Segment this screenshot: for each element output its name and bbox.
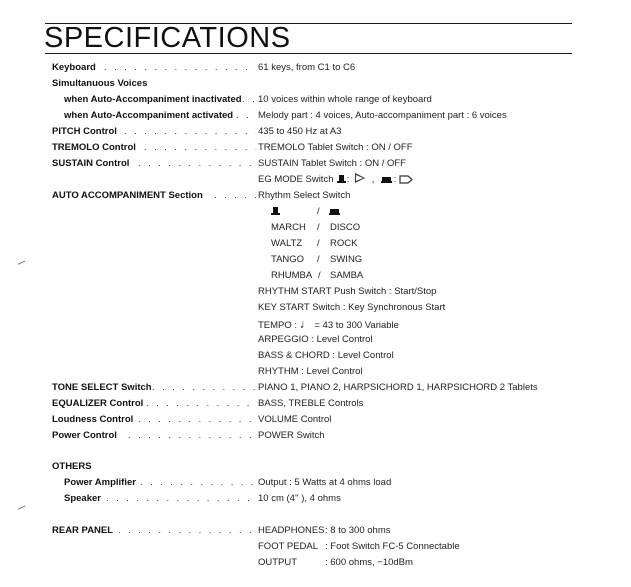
spec-row-foot-pedal: FOOT PEDAL : Foot Switch FC-5 Connectabl…: [0, 539, 631, 555]
spec-value: PIANO 1, PIANO 2, HARPSICHORD 1, HARPSIC…: [258, 380, 538, 396]
spec-value: Output : 5 Watts at 4 ohms load: [258, 475, 391, 491]
separator: ,: [372, 174, 375, 185]
spec-label: Power Control: [52, 428, 117, 444]
rhythm-name: SAMBA: [330, 268, 363, 284]
spec-value: 10 voices within whole range of keyboard: [258, 92, 432, 108]
separator: :: [394, 174, 397, 185]
leader-dots: . . . . . . . . . . . . . . . . . . . . …: [124, 124, 256, 140]
leader-dots: . . . . . . . . . . . . . . . . . . . . …: [138, 412, 256, 428]
spec-label: TONE SELECT Switch: [52, 380, 152, 396]
spec-value: BASS & CHORD : Level Control: [258, 348, 394, 364]
rhythm-switch-positions: /: [0, 204, 631, 220]
spec-value: SUSTAIN Tablet Switch : ON / OFF: [258, 156, 406, 172]
spec-label: when Auto-Accompaniment activated: [64, 108, 233, 124]
rhythm-name: DISCO: [330, 220, 360, 236]
rhythm-pair: MARCH / DISCO: [0, 220, 631, 236]
spec-label: Power Amplifier: [64, 475, 136, 491]
spec-row-voices-activated: when Auto-Accompaniment activated . . . …: [0, 108, 631, 124]
rhythm-pair: WALTZ / ROCK: [0, 236, 631, 252]
spec-value: KEY START Switch : Key Synchronous Start: [258, 300, 445, 316]
spec-value: VOLUME Control: [258, 412, 331, 428]
leader-dots: . . . . . . . . . . . . . . . . . . . . …: [144, 140, 256, 156]
separator: /: [317, 236, 320, 252]
spec-row-loudness: Loudness Control . . . . . . . . . . . .…: [0, 412, 631, 428]
spec-row-keyboard: Keyboard . . . . . . . . . . . . . . . .…: [0, 60, 631, 76]
leader-dots: . . . . . . . . . . . . . . . . . . . . …: [138, 156, 256, 172]
spec-row-tone-select: TONE SELECT Switch . . . . . . . . . . .…: [0, 380, 631, 396]
spec-row-power-amplifier: Power Amplifier . . . . . . . . . . . . …: [0, 475, 631, 491]
switch-up-icon: [273, 207, 278, 215]
page-title: SPECIFICATIONS: [44, 23, 291, 54]
trapezoid-sustain-icon: [399, 175, 413, 183]
rhythm-pair: RHUMBA / SAMBA: [0, 268, 631, 284]
spec-label: AUTO ACCOMPANIMENT Section: [52, 188, 203, 204]
spec-value: ARPEGGIO : Level Control: [258, 332, 373, 348]
spec-value: TREMOLO Tablet Switch : ON / OFF: [258, 140, 413, 156]
spec-row-tremolo: TREMOLO Control . . . . . . . . . . . . …: [0, 140, 631, 156]
separator: /: [318, 268, 321, 284]
spec-row-bass-chord: BASS & CHORD : Level Control: [0, 348, 631, 364]
rhythm-name: SWING: [330, 252, 362, 268]
spec-value: Melody part : 4 voices, Auto-accompanime…: [258, 108, 507, 124]
switch-down-icon: [382, 177, 391, 182]
spec-label: Loudness Control: [52, 412, 133, 428]
leader-dots: . . . . . . . . . . . . . . . . . . . . …: [146, 396, 256, 412]
spec-value: 61 keys, from C1 to C6: [258, 60, 355, 76]
spec-label: EQUALIZER Control: [52, 396, 143, 412]
leader-dots: . . . . . . . . . . . . . . . . . . . . …: [106, 491, 256, 507]
leader-dots: . . . . . . . . . . . . . . . . . . . . …: [242, 92, 256, 108]
spec-value: 435 to 450 Hz at A3: [258, 124, 341, 140]
spec-row-power: Power Control . . . . . . . . . . . . . …: [0, 428, 631, 444]
title-rule-bottom: [45, 53, 572, 54]
rear-item-value: : 600 ohms, −10dBm: [325, 555, 413, 571]
rhythm-name: RHUMBA: [271, 268, 312, 284]
spec-value: POWER Switch: [258, 428, 325, 444]
spec-row-rhythm-level: RHYTHM : Level Control: [0, 364, 631, 380]
spec-value: RHYTHM START Push Switch : Start/Stop: [258, 284, 436, 300]
spec-value: Rhythm Select Switch: [258, 188, 350, 204]
rear-item-name: FOOT PEDAL: [258, 539, 318, 555]
leader-dots: . . . . . . . . . . . . . . . . . . . . …: [104, 60, 254, 76]
spec-label: REAR PANEL: [52, 523, 113, 539]
separator: :: [347, 174, 350, 185]
spec-row-eg-mode: EG MODE Switch : , :: [0, 172, 631, 188]
spec-row-tempo: TEMPO : ♩ = 43 to 300 Variable: [0, 316, 631, 332]
spec-row-speaker: Speaker . . . . . . . . . . . . . . . . …: [0, 491, 631, 507]
spec-label: PITCH Control: [52, 124, 117, 140]
rear-item-name: HEADPHONES: [258, 523, 325, 539]
tempo-label: TEMPO :: [258, 320, 297, 331]
spec-label: when Auto-Accompaniment inactivated: [64, 92, 242, 108]
spec-label: Speaker: [64, 491, 101, 507]
switch-up-icon: [339, 175, 344, 183]
spec-label: TREMOLO Control: [52, 140, 136, 156]
spec-row-simultaneous-voices: Simultanuous Voices: [0, 76, 631, 92]
spec-row-key-start: KEY START Switch : Key Synchronous Start: [0, 300, 631, 316]
spec-row-arpeggio: ARPEGGIO : Level Control: [0, 332, 631, 348]
spec-label: SUSTAIN Control: [52, 156, 129, 172]
rhythm-name: ROCK: [330, 236, 357, 252]
rhythm-name: WALTZ: [271, 236, 302, 252]
rhythm-pair: TANGO / SWING: [0, 252, 631, 268]
tempo-range: = 43 to 300 Variable: [314, 320, 399, 331]
spec-value: 10 cm (4'' ), 4 ohms: [258, 491, 341, 507]
separator: /: [317, 252, 320, 268]
rear-item-value: : Foot Switch FC-5 Connectable: [325, 539, 460, 555]
spec-label: Simultanuous Voices: [52, 76, 147, 92]
rhythm-name: TANGO: [271, 252, 304, 268]
separator: /: [317, 220, 320, 236]
spec-value: RHYTHM : Level Control: [258, 364, 363, 380]
spec-row-rear-panel: REAR PANEL . . . . . . . . . . . . . . .…: [0, 523, 631, 539]
leader-dots: . . . . . . . . . . . . . . . . . . . . …: [140, 475, 256, 491]
spec-row-equalizer: EQUALIZER Control . . . . . . . . . . . …: [0, 396, 631, 412]
rear-item-name: OUTPUT: [258, 555, 297, 571]
leader-dots: . . . . . . . . . . . . . . . . . . . . …: [152, 380, 256, 396]
leader-dots: . . . . . . . . . . . . . . . . . . . . …: [128, 428, 256, 444]
leader-dots: . . . . . . . . . . . . . . . . . . . . …: [236, 108, 256, 124]
spec-value: BASS, TREBLE Controls: [258, 396, 363, 412]
leader-dots: . . . . . . . . . . . . . . . . . . . . …: [118, 523, 256, 539]
leader-dots: . . . . . . . . . . . . . . . . . . . . …: [214, 188, 256, 204]
rear-item-value: : 8 to 300 ohms: [325, 523, 390, 539]
section-heading-others: OTHERS: [0, 459, 631, 475]
switch-down-icon: [330, 209, 339, 214]
section-label: OTHERS: [52, 459, 92, 475]
spec-row-pitch: PITCH Control . . . . . . . . . . . . . …: [0, 124, 631, 140]
rhythm-name: MARCH: [271, 220, 306, 236]
spec-label: Keyboard: [52, 60, 96, 76]
spec-row-output: OUTPUT : 600 ohms, −10dBm: [0, 555, 631, 571]
spec-row-sustain: SUSTAIN Control . . . . . . . . . . . . …: [0, 156, 631, 172]
spec-row-rhythm-start: RHYTHM START Push Switch : Start/Stop: [0, 284, 631, 300]
quarter-note-icon: ♩: [300, 316, 312, 332]
eg-mode-value: EG MODE Switch : , :: [258, 172, 413, 188]
triangle-decay-icon: [355, 173, 365, 183]
spec-row-voices-inactivated: when Auto-Accompaniment inactivated . . …: [0, 92, 631, 108]
eg-mode-label: EG MODE Switch: [258, 174, 334, 185]
separator: /: [317, 204, 320, 220]
spec-row-auto-accompaniment: AUTO ACCOMPANIMENT Section . . . . . . .…: [0, 188, 631, 204]
